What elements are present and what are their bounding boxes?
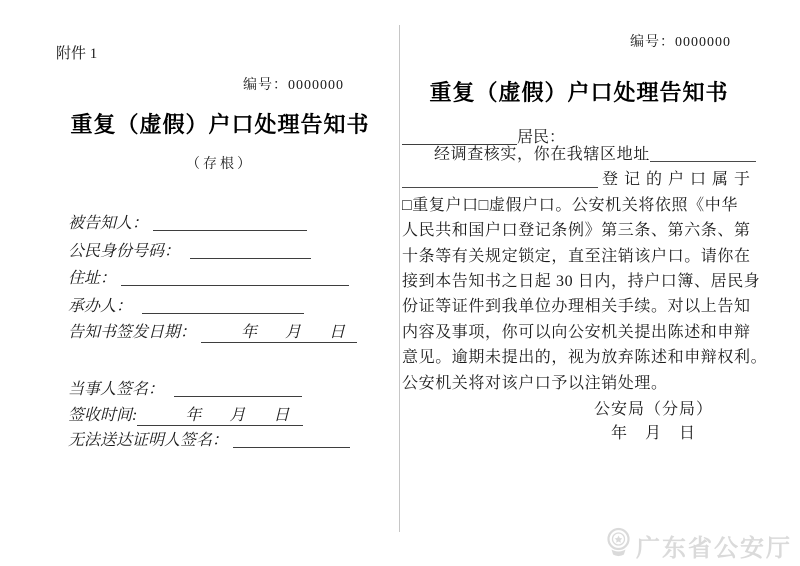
body-text: 登记的户口属于 [598, 167, 756, 192]
body-line: 接到本告知书之日起 30 日内，持户口簿、居民身 [402, 269, 756, 294]
police-badge-icon [605, 527, 632, 563]
issuing-agency: 公安局（分局） [594, 398, 713, 422]
stub-serial-number: 编号：0000000 [243, 74, 344, 94]
field-address: 住址： [68, 265, 349, 288]
body-line: 意见。逾期未提出的，视为放弃陈述和申辩权利。 [402, 345, 756, 370]
blank-line [233, 433, 350, 448]
signature-block: 公安局（分局） 年 月 日 [402, 398, 755, 446]
field-party-signature: 当事人签名： [68, 376, 302, 399]
body-line: □重复户口□虚假户口。公安机关将依照《中华 [402, 193, 756, 218]
field-issue-date: 告知书签发日期：年 月 日 [68, 319, 357, 343]
field-label: 无法送达证明人签名： [68, 432, 228, 449]
stub-title: 重复（虚假）户口处理告知书 [40, 108, 400, 139]
signature-date: 年 月 日 [594, 422, 713, 446]
blank-line [190, 244, 311, 259]
field-label: 住址： [68, 270, 116, 287]
blank-line [153, 216, 307, 231]
agency-watermark-text: 广东省公安厅 [636, 528, 792, 563]
page-divider [399, 25, 400, 532]
date-blank-line: 年 月 日 [201, 319, 357, 343]
date-blank-line: 年 月 日 [137, 402, 303, 426]
body-line: 登记的户口属于 [402, 167, 756, 192]
body-line: 公安机关将对该户口予以注销处理。 [402, 371, 756, 396]
field-label: 承办人： [68, 298, 132, 315]
field-label: 被告知人： [68, 215, 148, 232]
footer-watermark: 广东省公安厅 [605, 527, 792, 563]
body-text: 经调查核实，你在我辖区地址 [402, 142, 650, 167]
body-line: 十条等有关规定锁定，直至注销该户口。请你在 [402, 244, 756, 269]
notice-serial-number: 编号：0000000 [630, 31, 731, 51]
field-label: 告知书签发日期： [68, 324, 196, 341]
body-line: 内容及事项，你可以向公安机关提出陈述和申辩 [402, 320, 756, 345]
field-witness-signature: 无法送达证明人签名： [68, 427, 350, 450]
body-line: 份证等证件到我单位办理相关手续。对以上告知 [402, 294, 756, 319]
blank-line [142, 299, 304, 314]
blank-line [174, 382, 302, 397]
stub-subtitle: （存根） [40, 153, 400, 173]
attachment-label: 附件 1 [56, 42, 97, 63]
body-line: 经调查核实，你在我辖区地址 [402, 142, 756, 167]
field-citizen-id: 公民身份号码： [68, 238, 311, 261]
notice-title: 重复（虚假）户口处理告知书 [403, 76, 755, 107]
field-handler: 承办人： [68, 293, 304, 316]
blank-line [121, 271, 349, 286]
field-label: 签收时间: [68, 407, 137, 424]
field-label: 当事人签名： [68, 381, 164, 398]
blank-line [650, 159, 756, 162]
field-notified-person: 被告知人： [68, 210, 307, 233]
body-line: 人民共和国户口登记条例》第三条、第六条、第 [402, 218, 756, 243]
blank-line [402, 185, 598, 188]
notice-body: 经调查核实，你在我辖区地址 登记的户口属于 □重复户口□虚假户口。公安机关将依照… [402, 142, 756, 396]
field-label: 公民身份号码： [68, 243, 180, 260]
notice-document: 附件 1 编号：0000000 重复（虚假）户口处理告知书 （存根） 被告知人：… [0, 0, 800, 566]
field-receipt-time: 签收时间:年 月 日 [68, 402, 303, 426]
